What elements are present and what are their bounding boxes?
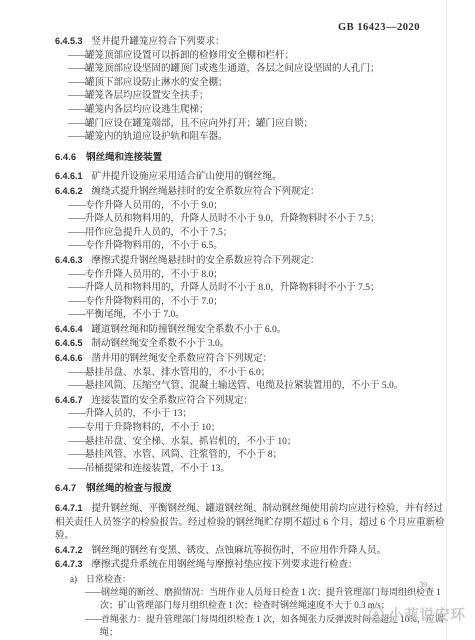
line-text: 升降人员和物料用的，升降人员时不小于 8.0，升降物料时不小于 7.5； [85, 283, 380, 293]
dash-line: ——平衡尾绳，不小于 7.0。 [68, 309, 447, 323]
clause-line: 6.4.6.1矿井提升设施应采用适合矿山使用的钢丝绳。 [55, 170, 447, 185]
dash-prefix: —— [68, 310, 85, 320]
heading-line: 6.4.6钢丝绳和连接装置 [55, 151, 447, 165]
line-text: 竖井提升罐笼应符合下列要求： [92, 37, 225, 47]
dash-prefix: —— [68, 64, 85, 74]
dash-prefix: —— [68, 368, 85, 378]
line-text: 罐笼顶部应设坚固的罐顶门或逃生通道，各层之间应设坚固的人孔门； [85, 64, 380, 74]
dash-line: ——专作升降物料用的，不小于 7.0； [68, 296, 447, 310]
dash-prefix: —— [68, 78, 85, 88]
clause-line: 6.4.6.2缠绕式提升钢丝绳悬挂时的安全系数应符合下列规定： [55, 185, 447, 200]
clause-number: 6.4.6.2 [55, 186, 83, 196]
dash-prefix: —— [68, 297, 85, 307]
line-text: 钢丝绳的检查与报废 [86, 483, 172, 494]
dash-line: ——罐笼内的轨道应设护轨和阻车器。 [68, 131, 447, 145]
dash-prefix: —— [68, 437, 85, 447]
line-text: 钢丝绳的钢丝有变黑、锈皮、点蚀麻坑等损伤时，不应用作升降人员。 [92, 546, 387, 556]
line-text: 罐笼各层均应设置安全扶手； [85, 91, 209, 101]
line-text: 专用于升降物料的，不小于 10； [85, 423, 220, 433]
dash-prefix: —— [68, 132, 85, 142]
line-text: 凿井用的钢丝绳安全系数应符合下列规定： [92, 354, 273, 364]
dash-prefix: —— [68, 450, 85, 460]
dash-prefix: —— [68, 283, 85, 293]
line-text: 平衡尾绳，不小于 7.0。 [85, 310, 185, 320]
dash-line: ——悬挂吊盘、水泵、排水管用的，不小于 6.0； [68, 367, 447, 381]
clause-line: 6.4.7.1提升钢丝绳、平衡钢丝绳、罐道钢丝绳、制动钢丝绳使用前均应进行检验，… [55, 502, 447, 544]
dash-prefix: —— [68, 51, 85, 61]
line-text: 日常检查： [86, 574, 131, 584]
dash-prefix: —— [68, 214, 85, 224]
line-text: 提升钢丝绳、平衡钢丝绳、罐道钢丝绳、制动钢丝绳使用前均应进行检验，并有经过相关责… [55, 504, 445, 541]
line-text: 用作应急提升人员的，不小于 7.5； [85, 228, 232, 238]
line-text: 专作升降物料用的，不小于 7.0； [85, 297, 223, 307]
line-text: 升降人员和物料用的，升降人员时不小于 9.0，升降物料时不小于 7.5； [85, 214, 380, 224]
line-text: 罐笼内各层均应设逃生爬梯； [85, 105, 209, 115]
line-text: 连接装置的安全系数应符合下列规定： [92, 396, 254, 406]
dash-prefix: —— [68, 105, 85, 115]
dash-line: ——罐笼各层均应设置安全扶手； [68, 90, 447, 104]
dash-line: ——专作升降人员用的，不小于 9.0； [68, 200, 447, 214]
line-text: 悬挂风筒、压缩空气管、混凝土输送管、电缆及拉紧装置用的，不小于 5.0。 [85, 381, 403, 391]
dash-prefix: —— [68, 241, 85, 251]
line-text: 专作升降人员用的，不小于 8.0； [85, 270, 223, 280]
clause-line: 6.4.6.4罐道钢丝绳和防撞钢丝绳安全系数不小于 6.0。 [55, 323, 447, 338]
clause-number: 6.4.6.5 [55, 338, 83, 348]
clause-number: 6.4.7.2 [55, 545, 83, 555]
clause-number: 6.4.7 [55, 483, 76, 494]
document-body: 6.4.5.3竖井提升罐笼应符合下列要求：——罐笼顶部应设置可以拆卸的检修用安全… [0, 35, 475, 639]
alpha-line: a)日常检查： [70, 573, 447, 586]
dash-line: ——罐顶下部应设防止淋水的安全棚； [68, 77, 447, 91]
dash-prefix: —— [68, 201, 85, 211]
page-number: 39 [420, 580, 428, 589]
dash-prefix: —— [68, 91, 85, 101]
dash-line: ——悬挂风管、水管、风筒、注浆管的，不小于 8； [68, 449, 447, 463]
dash-prefix: —— [85, 587, 101, 597]
line-text: 缠绕式提升钢丝绳悬挂时的安全系数应符合下列规定： [92, 187, 320, 197]
dash-line: ——罐门应设在罐笼端部，且不应向外打开；罐门应自锁； [68, 118, 447, 132]
dash-line: ——罐笼顶部应设坚固的罐顶门或逃生通道，各层之间应设坚固的人孔门； [68, 63, 447, 77]
clause-number: 6.4.6 [55, 152, 76, 163]
dash-prefix: —— [68, 270, 85, 280]
clause-line: 6.4.5.3竖井提升罐笼应符合下列要求： [55, 35, 447, 50]
line-text: 悬挂风管、水管、风筒、注浆管的，不小于 8； [85, 450, 282, 460]
watermark: 小菲说安环 [368, 604, 467, 625]
clause-number: 6.4.6.1 [55, 171, 83, 181]
dash-line: ——专用于升降物料的，不小于 10； [68, 422, 447, 436]
line-text: 摩擦式提升钢丝绳悬挂时的安全系数应符合下列规定： [92, 256, 320, 266]
clause-line: 6.4.6.7连接装置的安全系数应符合下列规定： [55, 394, 447, 409]
line-text: 摩擦式提升系统在用钢丝绳与摩擦衬垫应按下列要求进行检查： [92, 560, 358, 570]
dash-line: ——罐笼顶部应设置可以拆卸的检修用安全棚和栏杆； [68, 50, 447, 64]
watermark-text: 小菲说安环 [389, 604, 467, 625]
line-text: 悬挂吊盘、水泵、排水管用的，不小于 6.0； [85, 368, 270, 378]
line-text: 制动钢丝绳安全系数不小于 3.0。 [92, 339, 230, 349]
clause-line: 6.4.6.3摩擦式提升钢丝绳悬挂时的安全系数应符合下列规定： [55, 254, 447, 269]
dash-prefix: —— [68, 409, 85, 419]
line-text: 悬挂吊盘、安全梯、水泵、抓岩机的，不小于 10； [85, 437, 296, 447]
line-text: 吊桶提梁和连接装置，不小于 13。 [85, 464, 230, 474]
line-text: 罐顶下部应设防止淋水的安全棚； [85, 78, 228, 88]
dash-line: ——升降人员和物料用的，升降人员时不小于 9.0，升降物料时不小于 7.5； [68, 213, 447, 227]
line-text: 专作升降人员用的，不小于 9.0； [85, 201, 223, 211]
clause-number: a) [70, 574, 77, 584]
document-code: GB 16423—2020 [338, 22, 420, 33]
dash-prefix: —— [68, 464, 85, 474]
line-text: 矿井提升设施应采用适合矿山使用的钢丝绳。 [92, 172, 282, 182]
line-text: 钢丝绳和连接装置 [86, 152, 162, 163]
dash-prefix: —— [68, 381, 85, 391]
dash-prefix: —— [68, 119, 85, 129]
line-text: 罐道钢丝绳和防撞钢丝绳安全系数不小于 6.0。 [92, 325, 287, 335]
line-text: 罐门应设在罐笼端部，且不应向外打开；罐门应自锁； [85, 119, 313, 129]
victory-hand-icon [368, 606, 385, 623]
dash-line: ——专作升降人员用的，不小于 8.0； [68, 269, 447, 283]
clause-number: 6.4.6.6 [55, 353, 83, 363]
line-text: 专作升降物料用的，不小于 6.5。 [85, 241, 223, 251]
dash-line: ——悬挂吊盘、安全梯、水泵、抓岩机的，不小于 10； [68, 436, 447, 450]
line-text: 罐笼内的轨道应设护轨和阻车器。 [85, 132, 228, 142]
clause-number: 6.4.7.1 [55, 503, 83, 513]
clause-number: 6.4.5.3 [55, 36, 83, 46]
clause-line: 6.4.6.5制动钢丝绳安全系数不小于 3.0。 [55, 337, 447, 352]
line-text: 升降人员的，不小于 13； [85, 409, 192, 419]
dash-prefix: —— [68, 228, 85, 238]
clause-line: 6.4.6.6凿井用的钢丝绳安全系数应符合下列规定： [55, 352, 447, 367]
clause-line: 6.4.7.3摩擦式提升系统在用钢丝绳与摩擦衬垫应按下列要求进行检查： [55, 558, 447, 573]
dash-line: ——用作应急提升人员的，不小于 7.5； [68, 227, 447, 241]
dash-prefix: —— [85, 614, 101, 624]
clause-number: 6.4.6.7 [55, 395, 83, 405]
clause-number: 6.4.6.4 [55, 324, 83, 334]
dash-line: ——罐笼内各层均应设逃生爬梯； [68, 104, 447, 118]
dash-line: ——吊桶提梁和连接装置，不小于 13。 [68, 463, 447, 477]
clause-number: 6.4.7.3 [55, 559, 83, 569]
heading-line: 6.4.7钢丝绳的检查与报废 [55, 482, 447, 496]
dash-line: ——升降人员的，不小于 13； [68, 408, 447, 422]
dash-line: ——悬挂风筒、压缩空气管、混凝土输送管、电缆及拉紧装置用的，不小于 5.0。 [68, 380, 447, 394]
line-text: 罐笼顶部应设置可以拆卸的检修用安全棚和栏杆； [85, 51, 294, 61]
dash-prefix: —— [68, 423, 85, 433]
dash-line: ——升降人员和物料用的，升降人员时不小于 8.0，升降物料时不小于 7.5； [68, 282, 447, 296]
dash-line: ——专作升降物料用的，不小于 6.5。 [68, 240, 447, 254]
standard-document-page: GB 16423—2020 6.4.5.3竖井提升罐笼应符合下列要求：——罐笼顶… [0, 0, 475, 640]
clause-number: 6.4.6.3 [55, 255, 83, 265]
clause-line: 6.4.7.2钢丝绳的钢丝有变黑、锈皮、点蚀麻坑等损伤时，不应用作升降人员。 [55, 544, 447, 559]
